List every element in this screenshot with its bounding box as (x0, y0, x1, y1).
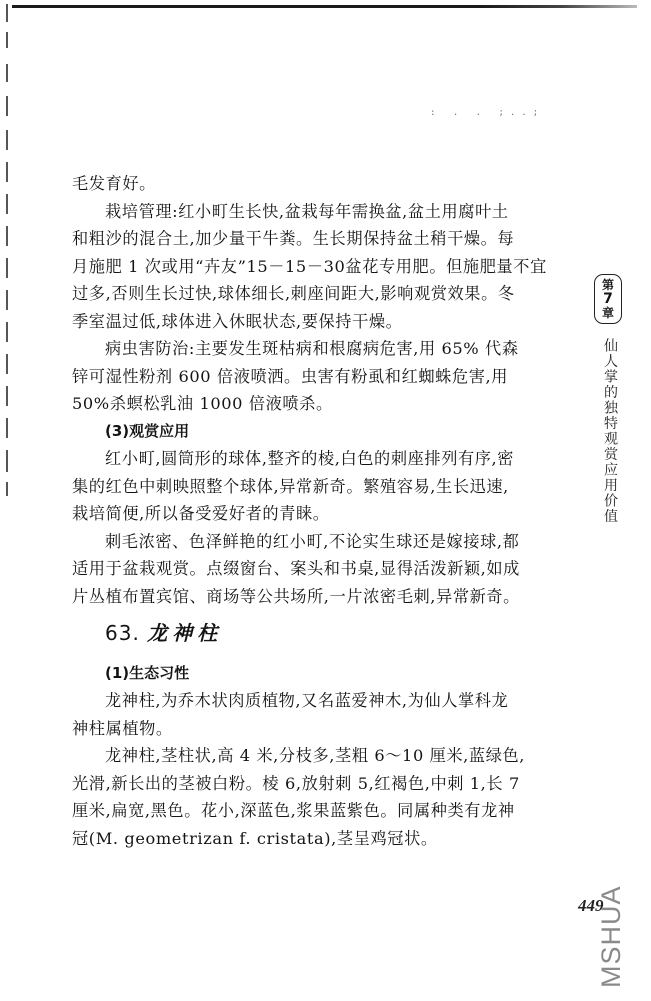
text-line: 和粗沙的混合土,加少量干牛粪。生长期保持盆土稍干燥。每 (72, 225, 567, 253)
chapter-running-title: 仙人掌的独特观赏应用价值 (598, 338, 618, 524)
section-name: 龙神柱 (147, 621, 222, 645)
text-line: 毛发育好。 (72, 170, 567, 198)
paragraph-ornamental-1: 红小町,圆筒形的球体,整齐的棱,白色的刺座排列有序,密 集的红色中刺映照整个球体… (72, 445, 567, 528)
text-line: 病虫害防治:主要发生斑枯病和根腐病危害,用 65% 代森 (72, 335, 567, 363)
text-line: 冠(M. geometrizan f. cristata),茎呈鸡冠状。 (72, 825, 567, 853)
text-line: 栽培管理:红小町生长快,盆栽每年需换盆,盆土用腐叶土 (72, 198, 567, 226)
chapter-suffix: 章 (595, 306, 621, 320)
section-title: 63. 龙神柱 (72, 620, 567, 648)
text-line: 集的红色中刺映照整个球体,异常新奇。繁殖容易,生长迅速, (72, 473, 567, 501)
text-line: 红小町,圆筒形的球体,整齐的棱,白色的刺座排列有序,密 (72, 445, 567, 473)
text-line: 光滑,新长出的茎被白粉。棱 6,放射刺 5,红褐色,中刺 1,长 7 (72, 770, 567, 798)
watermark: MSHUA (596, 885, 627, 988)
chapter-tab: 第 7 章 (594, 274, 622, 324)
body-text: 毛发育好。 栽培管理:红小町生长快,盆栽每年需换盆,盆土用腐叶土 和粗沙的混合土… (72, 170, 567, 852)
text-line: 过多,否则生长过快,球体细长,刺座间距大,影响观赏效果。冬 (72, 280, 567, 308)
text-line: 厘米,扁宽,黑色。花小,深蓝色,浆果蓝紫色。同属种类有龙神 (72, 797, 567, 825)
text-line: 刺毛浓密、色泽鲜艳的红小町,不论实生球还是嫁接球,都 (72, 528, 567, 556)
top-rule (12, 5, 637, 8)
paragraph-ornamental-2: 刺毛浓密、色泽鲜艳的红小町,不论实生球还是嫁接球,都 适用于盆栽观赏。点缀窗台、… (72, 528, 567, 611)
paragraph-cultivation: 栽培管理:红小町生长快,盆栽每年需换盆,盆土用腐叶土 和粗沙的混合土,加少量干牛… (72, 198, 567, 336)
text-line: 季室温过低,球体进入休眠状态,要保持干燥。 (72, 308, 567, 336)
text-line: 栽培简便,所以备受爱好者的青睐。 (72, 500, 567, 528)
text-line: 龙神柱,茎柱状,高 4 米,分枝多,茎粗 6～10 厘米,蓝绿色, (72, 742, 567, 770)
text-line: 50%杀螟松乳油 1000 倍液喷杀。 (72, 390, 567, 418)
scan-noise: : . . ;..; (430, 108, 544, 118)
text-line: 神柱属植物。 (72, 715, 567, 743)
section-number: 63. (105, 621, 140, 645)
paragraph-intro: 龙神柱,为乔木状肉质植物,又名蓝爱神木,为仙人掌科龙 神柱属植物。 (72, 687, 567, 742)
text-line: 龙神柱,为乔木状肉质植物,又名蓝爱神木,为仙人掌科龙 (72, 687, 567, 715)
text-line: 月施肥 1 次或用“卉友”15－15－30盆花专用肥。但施肥量不宜 (72, 253, 567, 281)
text-line: 适用于盆栽观赏。点缀窗台、案头和书桌,显得活泼新颖,如成 (72, 555, 567, 583)
subheading-ecology: (1)生态习性 (72, 660, 567, 688)
subheading-ornamental-use: (3)观赏应用 (72, 418, 567, 446)
binding-edge (6, 0, 10, 500)
paragraph-continuation: 毛发育好。 (72, 170, 567, 198)
paragraph-description: 龙神柱,茎柱状,高 4 米,分枝多,茎粗 6～10 厘米,蓝绿色, 光滑,新长出… (72, 742, 567, 852)
text-line: 片丛植布置宾馆、商场等公共场所,一片浓密毛刺,异常新奇。 (72, 583, 567, 611)
text-line: 锌可湿性粉剂 600 倍液喷洒。虫害有粉虱和红蜘蛛危害,用 (72, 363, 567, 391)
chapter-prefix: 第 (595, 278, 621, 292)
chapter-number: 7 (595, 292, 621, 306)
paragraph-pest-control: 病虫害防治:主要发生斑枯病和根腐病危害,用 65% 代森 锌可湿性粉剂 600 … (72, 335, 567, 418)
